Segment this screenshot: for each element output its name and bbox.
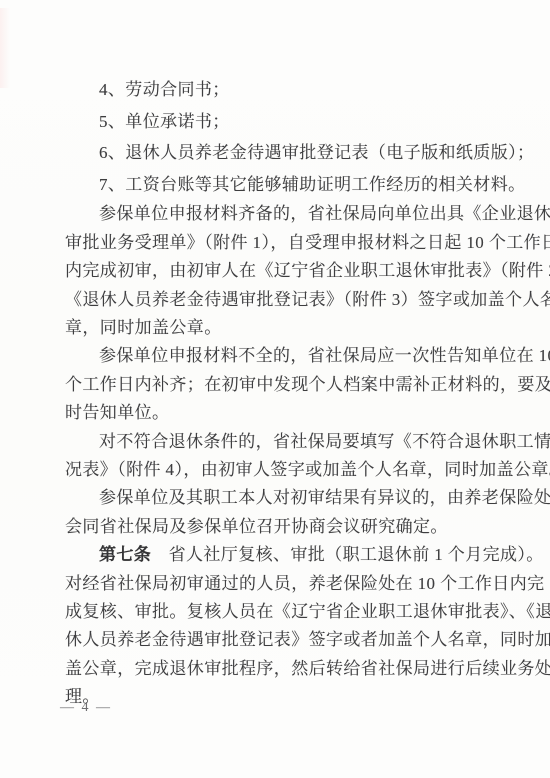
- paragraph-line: 参保单位申报材料不全的，省社保局应一次性告知单位在 10: [65, 342, 489, 370]
- list-item-line: 7、工资台账等其它能够辅助证明工作经历的相关材料。: [65, 169, 489, 201]
- article-number-bold: 第七条: [99, 545, 151, 564]
- paragraph-line: 时告知单位。: [65, 399, 489, 427]
- paragraph-line: 对经省社保局初审通过的人员，养老保险处在 10 个工作日内完: [65, 570, 489, 598]
- scan-edge-artifact: [0, 8, 10, 88]
- paragraph-line: 会同省社保局及参保单位召开协商会议研究确定。: [65, 513, 489, 541]
- paragraph-line: 休人员养老金待遇审批登记表》签字或者加盖个人名章，同时加: [65, 626, 489, 654]
- paragraph-line: 参保单位申报材料齐备的，省社保局向单位出具《企业退休: [65, 200, 489, 228]
- paragraph-line: 个工作日内补齐；在初审中发现个人档案中需补正材料的，要及: [65, 371, 489, 399]
- list-item-line: 6、退休人员养老金待遇审批登记表（电子版和纸质版）；: [65, 137, 489, 169]
- paragraph-line: 内完成初审，由初审人在《辽宁省企业职工退休审批表》（附件 2）、: [65, 257, 489, 285]
- paragraph-line: 《退休人员养老金待遇审批登记表》（附件 3）签字或加盖个人名: [65, 286, 489, 314]
- paragraph-line: 况表》（附件 4），由初审人签字或加盖个人名章，同时加盖公章。: [65, 456, 489, 484]
- paragraph-line: 章，同时加盖公章。: [65, 314, 489, 342]
- paragraph-line: 第七条 省人社厅复核、审批（职工退休前 1 个月完成）。: [65, 541, 489, 569]
- paragraph-line: 盖公章，完成退休审批程序，然后转给省社保局进行后续业务处: [65, 655, 489, 683]
- document-page: 4、劳动合同书；5、单位承诺书；6、退休人员养老金待遇审批登记表（电子版和纸质版…: [0, 0, 550, 778]
- document-text-block: 4、劳动合同书；5、单位承诺书；6、退休人员养老金待遇审批登记表（电子版和纸质版…: [65, 74, 489, 712]
- paragraph-line: 对不符合退休条件的，省社保局要填写《不符合退休职工情: [65, 428, 489, 456]
- paragraph-line: 参保单位及其职工本人对初审结果有异议的，由养老保险处: [65, 484, 489, 512]
- list-item-line: 5、单位承诺书；: [65, 106, 489, 138]
- list-item-line: 4、劳动合同书；: [65, 74, 489, 106]
- paragraph-line: 理。: [65, 683, 489, 711]
- paragraph-line: 审批业务受理单》（附件 1），自受理申报材料之日起 10 个工作日: [65, 229, 489, 257]
- page-number: — 4 —: [60, 700, 112, 716]
- paragraph-line: 成复核、审批。复核人员在《辽宁省企业职工退休审批表》、《退: [65, 598, 489, 626]
